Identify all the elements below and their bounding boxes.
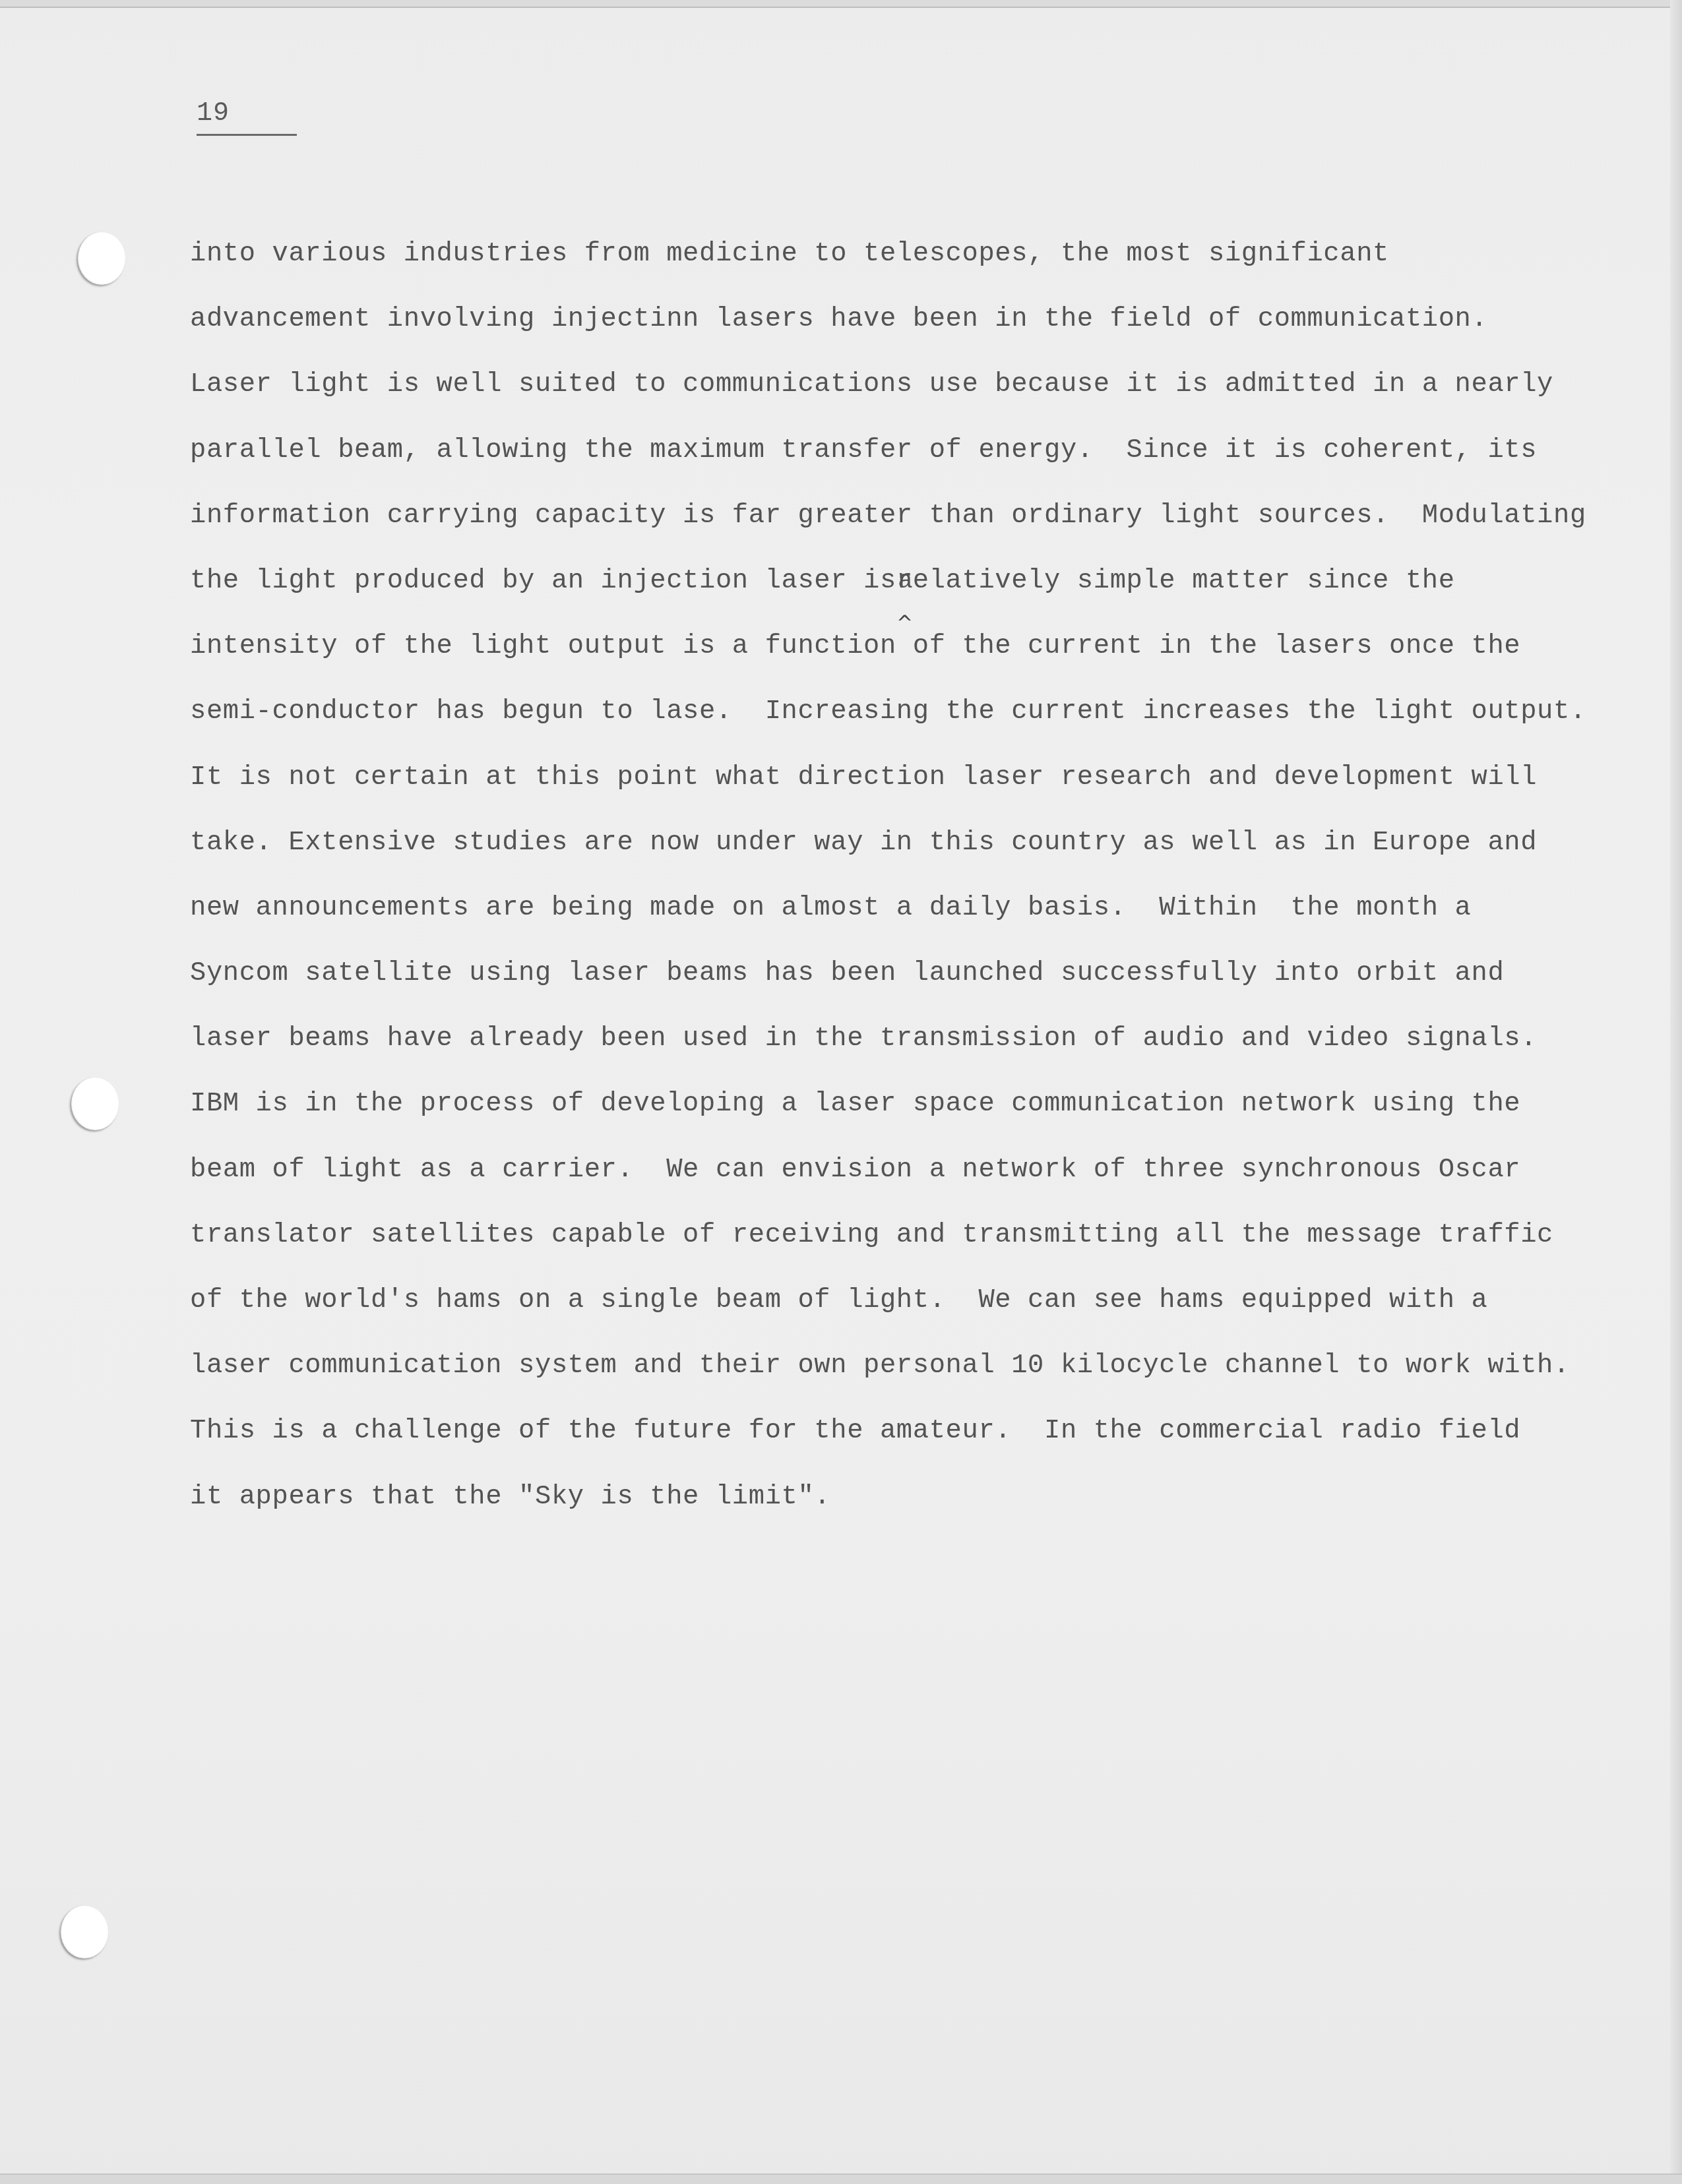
- text-line: beam of light as a carrier. We can envis…: [190, 1147, 1608, 1212]
- typewritten-page: 19 into various industries from medicine…: [0, 0, 1682, 2184]
- text-line: Laser light is well suited to communicat…: [190, 361, 1608, 427]
- text-line: laser beams have already been used in th…: [190, 1016, 1608, 1081]
- text-line: of the world's hams on a single beam of …: [190, 1277, 1608, 1343]
- text-line: it appears that the "Sky is the limit".: [190, 1474, 1608, 1539]
- text-line: parallel beam, allowing the maximum tran…: [190, 427, 1608, 493]
- punch-hole-bottom: [61, 1906, 108, 1958]
- text-line: This is a challenge of the future for th…: [190, 1408, 1608, 1473]
- punch-hole-middle: [71, 1077, 119, 1130]
- body-text: into various industries from medicine to…: [190, 231, 1608, 1539]
- text-line: IBM is in the process of developing a la…: [190, 1081, 1608, 1146]
- text-line: semi-conductor has begun to lase. Increa…: [190, 688, 1608, 754]
- text-line: laser communication system and their own…: [190, 1343, 1608, 1408]
- punch-hole-top: [78, 232, 125, 285]
- text-line: translator satellites capable of receivi…: [190, 1212, 1608, 1277]
- text-line: intensity of the light output is a funct…: [190, 623, 1608, 688]
- text-segment: relatively simple matter since the: [896, 566, 1455, 596]
- text-segment: the light produced by an injection laser…: [190, 566, 896, 596]
- page-number: 19: [197, 99, 230, 129]
- text-line: information carrying capacity is far gre…: [190, 493, 1608, 558]
- paper-bottom-edge: [0, 2173, 1682, 2184]
- text-line: It is not certain at this point what dir…: [190, 754, 1608, 820]
- text-line: Syncom satellite using laser beams has b…: [190, 950, 1608, 1016]
- paper-top-edge: [0, 0, 1682, 8]
- inserted-word: a: [898, 559, 913, 605]
- text-line: advancement involving injectinn lasers h…: [190, 296, 1608, 361]
- text-line: into various industries from medicine to…: [190, 231, 1608, 296]
- text-line: take. Extensive studies are now under wa…: [190, 820, 1608, 885]
- page-number-underline: [197, 134, 297, 136]
- text-line-with-insertion: the light produced by an injection laser…: [190, 558, 1608, 623]
- paper-right-edge: [1670, 0, 1682, 2184]
- text-line: new announcements are being made on almo…: [190, 885, 1608, 950]
